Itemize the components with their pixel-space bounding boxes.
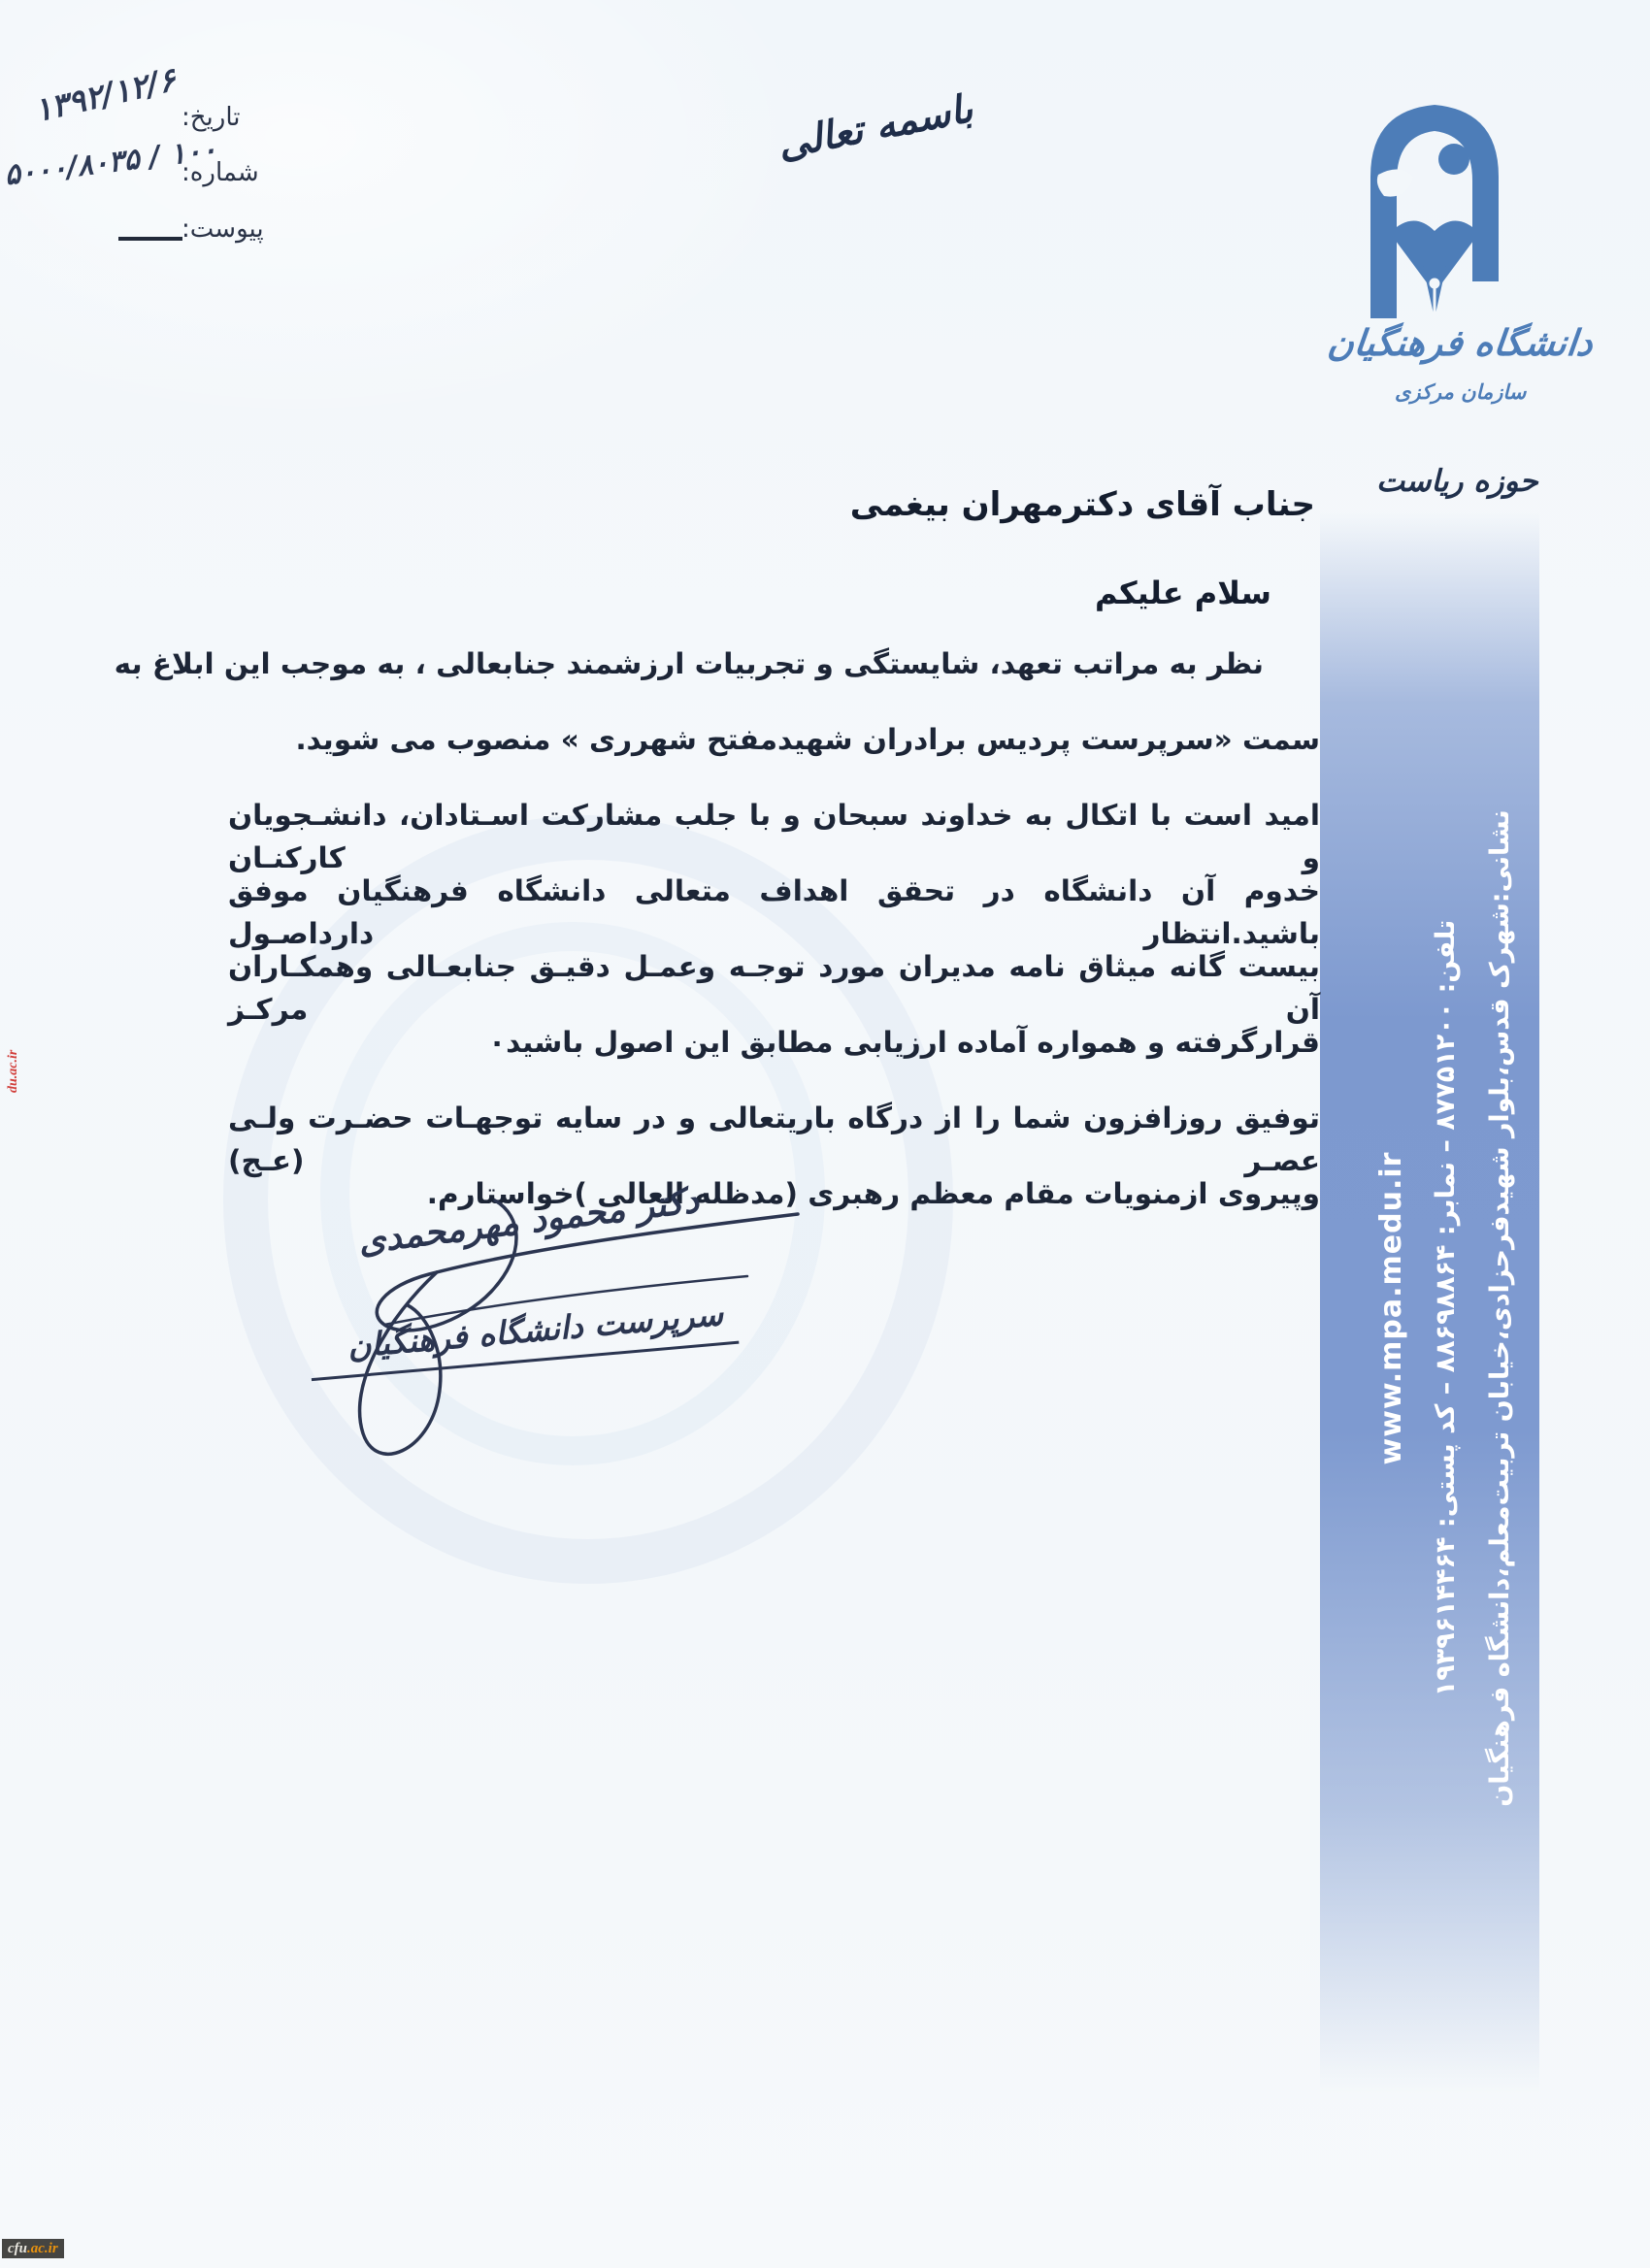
logo-nib-slit bbox=[1434, 287, 1436, 318]
corner-watermark-bold: cfu bbox=[8, 2239, 27, 2258]
attachment-label: پیوست: bbox=[181, 214, 264, 244]
logo-white-swoosh bbox=[1377, 169, 1413, 196]
besmele-calligraphy: باسمه تعالی bbox=[774, 86, 976, 168]
organization-name: سازمان مرکزی bbox=[1395, 380, 1526, 404]
sidebar-address: نشانی:شهرک قدس،بلوار شهیدفرحزادی،خیابان … bbox=[1473, 522, 1528, 2094]
logo-nib-dot bbox=[1430, 279, 1440, 289]
letter-body: نظر به مراتب تعهد، شایستگی و تجربیات ارز… bbox=[228, 629, 1320, 1234]
body-line: امید است با اتکال به خداوند سبحان و با ج… bbox=[228, 780, 1320, 856]
corner-site-watermark: cfu.ac.ir bbox=[2, 2239, 64, 2258]
date-value-handwritten: ۱۳۹۲/۱۲/۶ bbox=[31, 60, 180, 129]
office-name: حوزه ریاست bbox=[1376, 464, 1538, 499]
edge-site-watermark: du.ac.ir bbox=[6, 1015, 21, 1093]
body-line: سمت «سرپرست پردیس برادران شهیدمفتح شهرری… bbox=[228, 705, 1320, 780]
scanned-letter-page: تاریخ: ۱۳۹۲/۱۲/۶ شماره: ۵۰۰۰/۸۰۳۵ / ۱۰۰ … bbox=[0, 0, 1650, 2268]
sidebar-website: www.mpa.medu.ir bbox=[1365, 522, 1419, 2094]
attachment-dash bbox=[118, 237, 182, 241]
date-label: تاریخ: bbox=[181, 103, 241, 132]
logo-head-dot bbox=[1438, 144, 1469, 175]
sidebar-phone: تلفن: ۸۷۷۵۱۲۰۰ – نمابر: ۸۸۶۹۸۸۶۴ – کد پس… bbox=[1419, 522, 1473, 2094]
recipient-name: جناب آقای دکترمهران بیغمی bbox=[850, 485, 1315, 524]
university-name: دانشگاه فرهنگیان bbox=[1326, 322, 1595, 364]
university-logo-icon bbox=[1351, 85, 1518, 330]
body-line: نظر به مراتب تعهد، شایستگی و تجربیات ارز… bbox=[228, 629, 1320, 705]
sidebar-band-text: www.mpa.medu.ir تلفن: ۸۷۷۵۱۲۰۰ – نمابر: … bbox=[1363, 522, 1530, 2094]
greeting: سلام علیکم bbox=[1095, 575, 1271, 611]
corner-watermark-rest: .ac.ir bbox=[27, 2239, 58, 2258]
body-line: توفیق روزافزون شما را از درگاه باریتعالی… bbox=[228, 1083, 1320, 1159]
